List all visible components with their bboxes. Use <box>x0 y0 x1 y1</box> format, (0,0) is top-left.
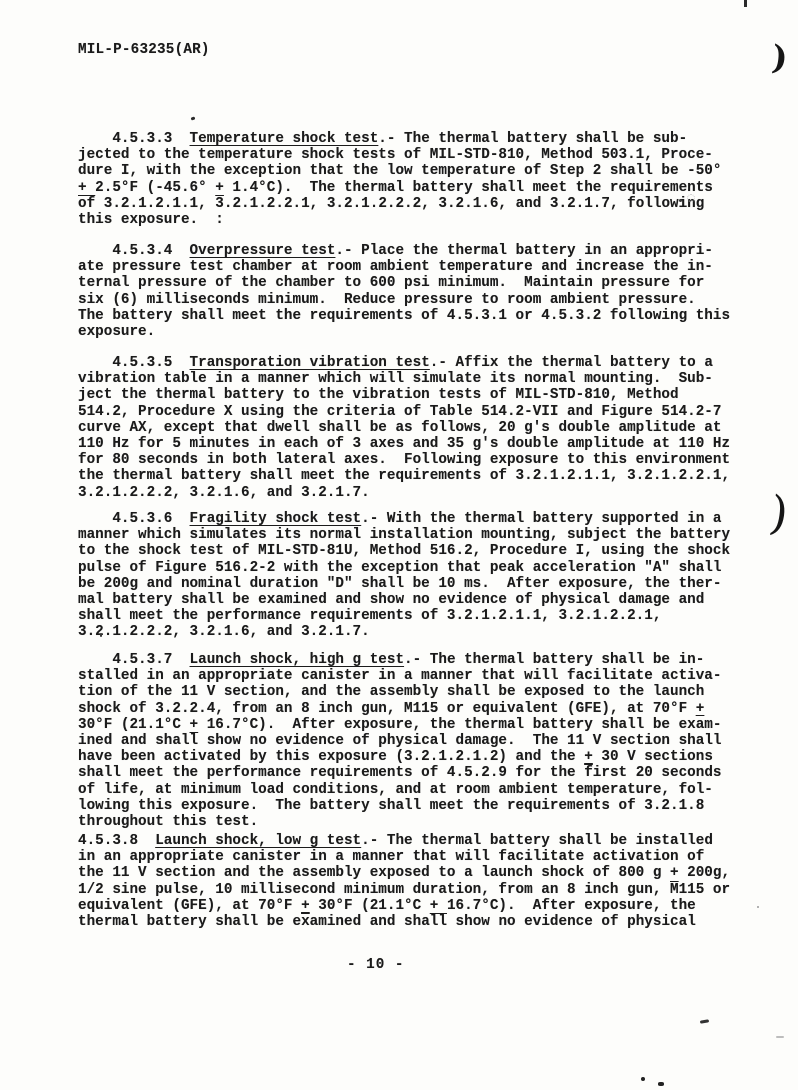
scan-speck <box>641 1077 645 1081</box>
scanned-document-page: MIL-P-63235(AR) 4.5.3.3 Temperature shoc… <box>0 0 798 1090</box>
scan-tick-top-right <box>744 0 747 7</box>
paragraph-launch-shock-low-g-test: 4.5.3.8 Launch shock, low g test.- The t… <box>78 833 750 930</box>
scan-speck <box>679 199 682 202</box>
paragraph-temperature-shock-test: 4.5.3.3 Temperature shock test.- The the… <box>78 131 750 228</box>
document-id: MIL-P-63235(AR) <box>78 42 210 58</box>
scan-speck <box>658 1082 664 1086</box>
paragraph-launch-shock-high-g-test: 4.5.3.7 Launch shock, high g test.- The … <box>78 652 750 830</box>
scan-speck <box>687 194 695 202</box>
scan-speck <box>100 633 102 637</box>
paragraph-transporation-vibration-test: 4.5.3.5 Transporation vibration test.- A… <box>78 355 750 501</box>
scan-mark-paren-top-right: ) <box>770 40 789 74</box>
paragraph-fragility-shock-test: 4.5.3.6 Fragility shock test.- With the … <box>78 511 750 641</box>
scan-speck <box>776 1036 784 1038</box>
scan-speck <box>191 116 196 120</box>
paragraph-overpressure-test: 4.5.3.4 Overpressure test.- Place the th… <box>78 243 750 340</box>
scan-mark-paren-mid-right: ) <box>767 489 791 537</box>
page-number: - 10 - <box>347 957 404 973</box>
scan-speck <box>700 1019 709 1024</box>
scan-speck <box>757 906 759 908</box>
